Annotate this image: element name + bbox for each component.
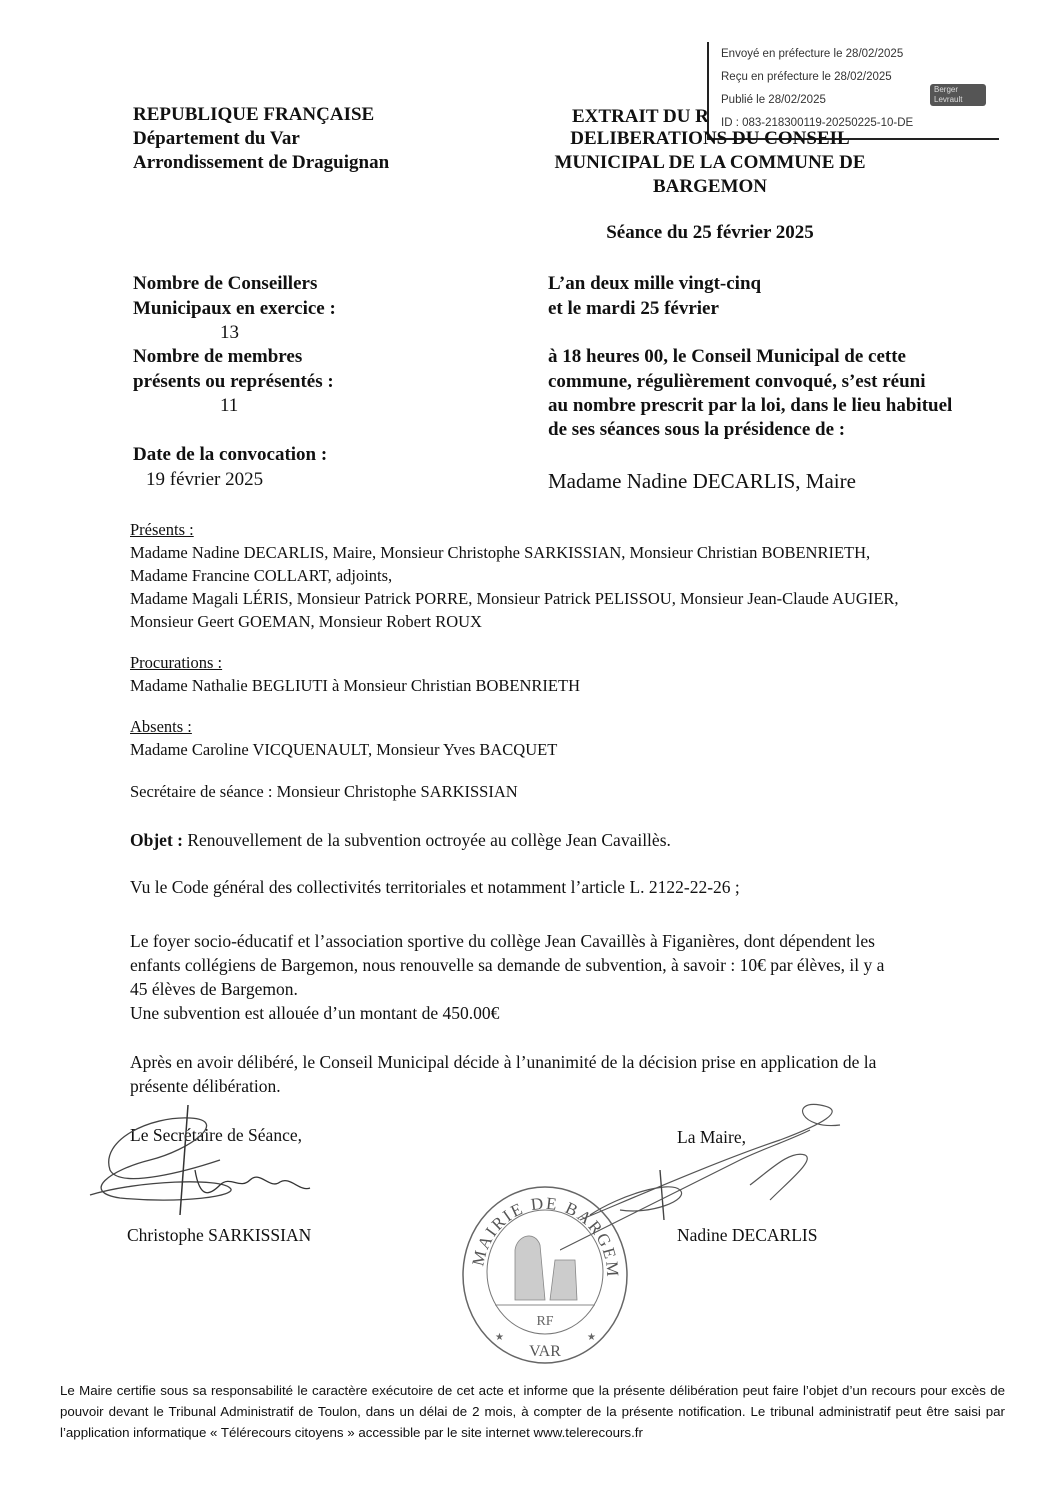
extrait-title-line1: EXTRAIT DU REGISTRE DES xyxy=(572,105,707,129)
secretaire-seance: Secrétaire de séance : Monsieur Christop… xyxy=(130,780,518,803)
intro-line5: au nombre prescrit par la loi, dans le l… xyxy=(548,394,952,418)
seance-date: Séance du 25 février 2025 xyxy=(530,221,890,245)
stamp-sent: Envoyé en préfecture le 28/02/2025 xyxy=(721,48,903,60)
arrondissement: Arrondissement de Draguignan xyxy=(133,151,389,175)
seal-center-text: RF xyxy=(536,1314,553,1329)
extrait-title-line4: BARGEMON xyxy=(530,175,890,199)
seal-bottom-text: VAR xyxy=(529,1343,561,1360)
presents-line: Monsieur Geert GOEMAN, Monsieur Robert R… xyxy=(130,610,482,633)
convocation-value: 19 février 2025 xyxy=(146,468,263,492)
absents-value: Madame Caroline VICQUENAULT, Monsieur Yv… xyxy=(130,738,557,761)
para1-line1: Le foyer socio-éducatif et l’association… xyxy=(130,929,875,953)
presents-label: Présents : xyxy=(130,518,194,541)
decision-line2: présente délibération. xyxy=(130,1074,281,1098)
secretaire-signature-name: Christophe SARKISSIAN xyxy=(127,1223,311,1247)
presents-line: Madame Francine COLLART, adjoints, xyxy=(130,564,392,587)
conseillers-label-1: Nombre de Conseillers xyxy=(133,272,317,296)
objet-label: Objet : xyxy=(130,830,183,850)
president-name: Madame Nadine DECARLIS, Maire xyxy=(548,468,856,494)
mairie-seal: MAIRIE DE BARGEMON RF ★ ★ VAR xyxy=(455,1180,635,1370)
conseillers-label-2: Municipaux en exercice : xyxy=(133,297,336,321)
para1-line3: 45 élèves de Bargemon. xyxy=(130,977,298,1001)
membres-value: 11 xyxy=(220,394,238,418)
departement: Département du Var xyxy=(133,127,300,151)
procurations-label: Procurations : xyxy=(130,651,222,674)
objet-value: Renouvellement de la subvention octroyée… xyxy=(183,830,671,850)
presents-line: Madame Magali LÉRIS, Monsieur Patrick PO… xyxy=(130,587,899,610)
stamp-received: Reçu en préfecture le 28/02/2025 xyxy=(721,71,892,83)
para1-line2: enfants collégiens de Bargemon, nous ren… xyxy=(130,953,884,977)
convocation-label: Date de la convocation : xyxy=(133,443,327,467)
secretaire-signature-scribble xyxy=(80,1100,330,1220)
intro-line2: et le mardi 25 février xyxy=(548,297,719,321)
procurations-value: Madame Nathalie BEGLIUTI à Monsieur Chri… xyxy=(130,674,580,697)
decision-line1: Après en avoir délibéré, le Conseil Muni… xyxy=(130,1050,876,1074)
intro-line4: commune, régulièrement convoqué, s’est r… xyxy=(548,370,925,394)
intro-line1: L’an deux mille vingt-cinq xyxy=(548,272,761,296)
intro-line6: de ses séances sous la présidence de : xyxy=(548,418,845,442)
star-icon: ★ xyxy=(495,1332,504,1343)
conseillers-value: 13 xyxy=(220,321,239,345)
membres-label-2: présents ou représentés : xyxy=(133,370,334,394)
star-icon: ★ xyxy=(587,1332,596,1343)
absents-label: Absents : xyxy=(130,715,192,738)
para1-line4: Une subvention est allouée d’un montant … xyxy=(130,1001,499,1025)
objet-line: Objet : Renouvellement de la subvention … xyxy=(130,828,671,852)
extrait-title-line3: MUNICIPAL DE LA COMMUNE DE xyxy=(530,151,890,175)
berger-levrault-logo: Berger Levrault xyxy=(930,84,986,106)
vu-line: Vu le Code général des collectivités ter… xyxy=(130,875,740,899)
presents-line: Madame Nadine DECARLIS, Maire, Monsieur … xyxy=(130,541,870,564)
membres-label-1: Nombre de membres xyxy=(133,345,302,369)
extrait-title-line2: DELIBERATIONS DU CONSEIL xyxy=(540,127,880,151)
intro-line3: à 18 heures 00, le Conseil Municipal de … xyxy=(548,345,906,369)
legal-footer: Le Maire certifie sous sa responsabilité… xyxy=(60,1380,1005,1443)
stamp-published: Publié le 28/02/2025 xyxy=(721,94,826,106)
republique-title: REPUBLIQUE FRANÇAISE xyxy=(133,103,374,127)
